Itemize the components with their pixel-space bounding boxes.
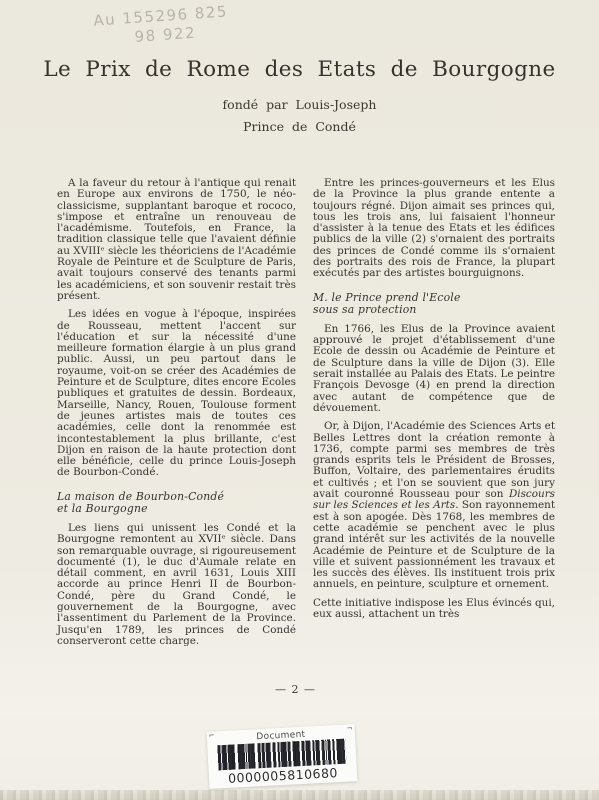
barcode-sticker: ⌐ ¬ Document 0000005810680 [207,724,358,789]
right-column: Entre les princes-gouverneurs et les Elu… [313,178,555,654]
label-corner-mark-right: ¬ [347,724,353,732]
two-column-body: A la faveur du retour à l'antique qui re… [0,178,599,654]
page-number: — 2 — [0,683,591,696]
handwritten-note: Au 155296 825 98 922 [93,2,230,49]
page-title: Le Prix de Rome des Etats de Bourgogne [0,57,599,82]
paragraph-academie-sciences: Or, à Dijon, l'Académie des Sciences Art… [313,421,555,590]
section-heading-prince-protection: M. le Prince prend l'Ecole sous sa prote… [313,292,555,317]
document-page: Au 155296 825 98 922 Le Prix de Rome des… [0,0,599,800]
section-heading-maison-bourbon-conde: La maison de Bourbon-Condé et la Bourgog… [57,491,296,516]
paragraph-elus-evinces: Cette initiative indispose les Elus évin… [313,598,555,621]
subtitle-prince: Prince de Condé [0,119,599,134]
label-corner-mark-left: ⌐ [209,731,215,739]
section-heading-line2: sous sa protection [313,303,417,316]
paragraph-intro-neoclassicism: A la faveur du retour à l'antique qui re… [57,178,296,302]
paragraph-princes-gouverneurs: Entre les princes-gouverneurs et les Elu… [313,178,555,280]
paragraph-conde-bourgogne-history: Les liens qui unissent les Condé et la B… [57,523,296,647]
paragraph-rousseau-ideas: Les idées en vogue à l'époque, inspirées… [57,309,296,478]
section-heading-line1: M. le Prince prend l'Ecole [313,291,461,304]
subtitle-founder: fondé par Louis-Joseph [0,97,599,112]
paragraph-ecole-1766: En 1766, les Elus de la Province avaient… [313,324,555,414]
paragraph-academie-sciences-post: . Son rayonnement est à son apogée. Dès … [313,499,555,590]
section-heading-line2: et la Bourgogne [57,502,148,515]
left-column: A la faveur du retour à l'antique qui re… [57,178,296,654]
scan-bottom-edge [0,790,599,800]
section-heading-line1: La maison de Bourbon-Condé [57,490,224,503]
